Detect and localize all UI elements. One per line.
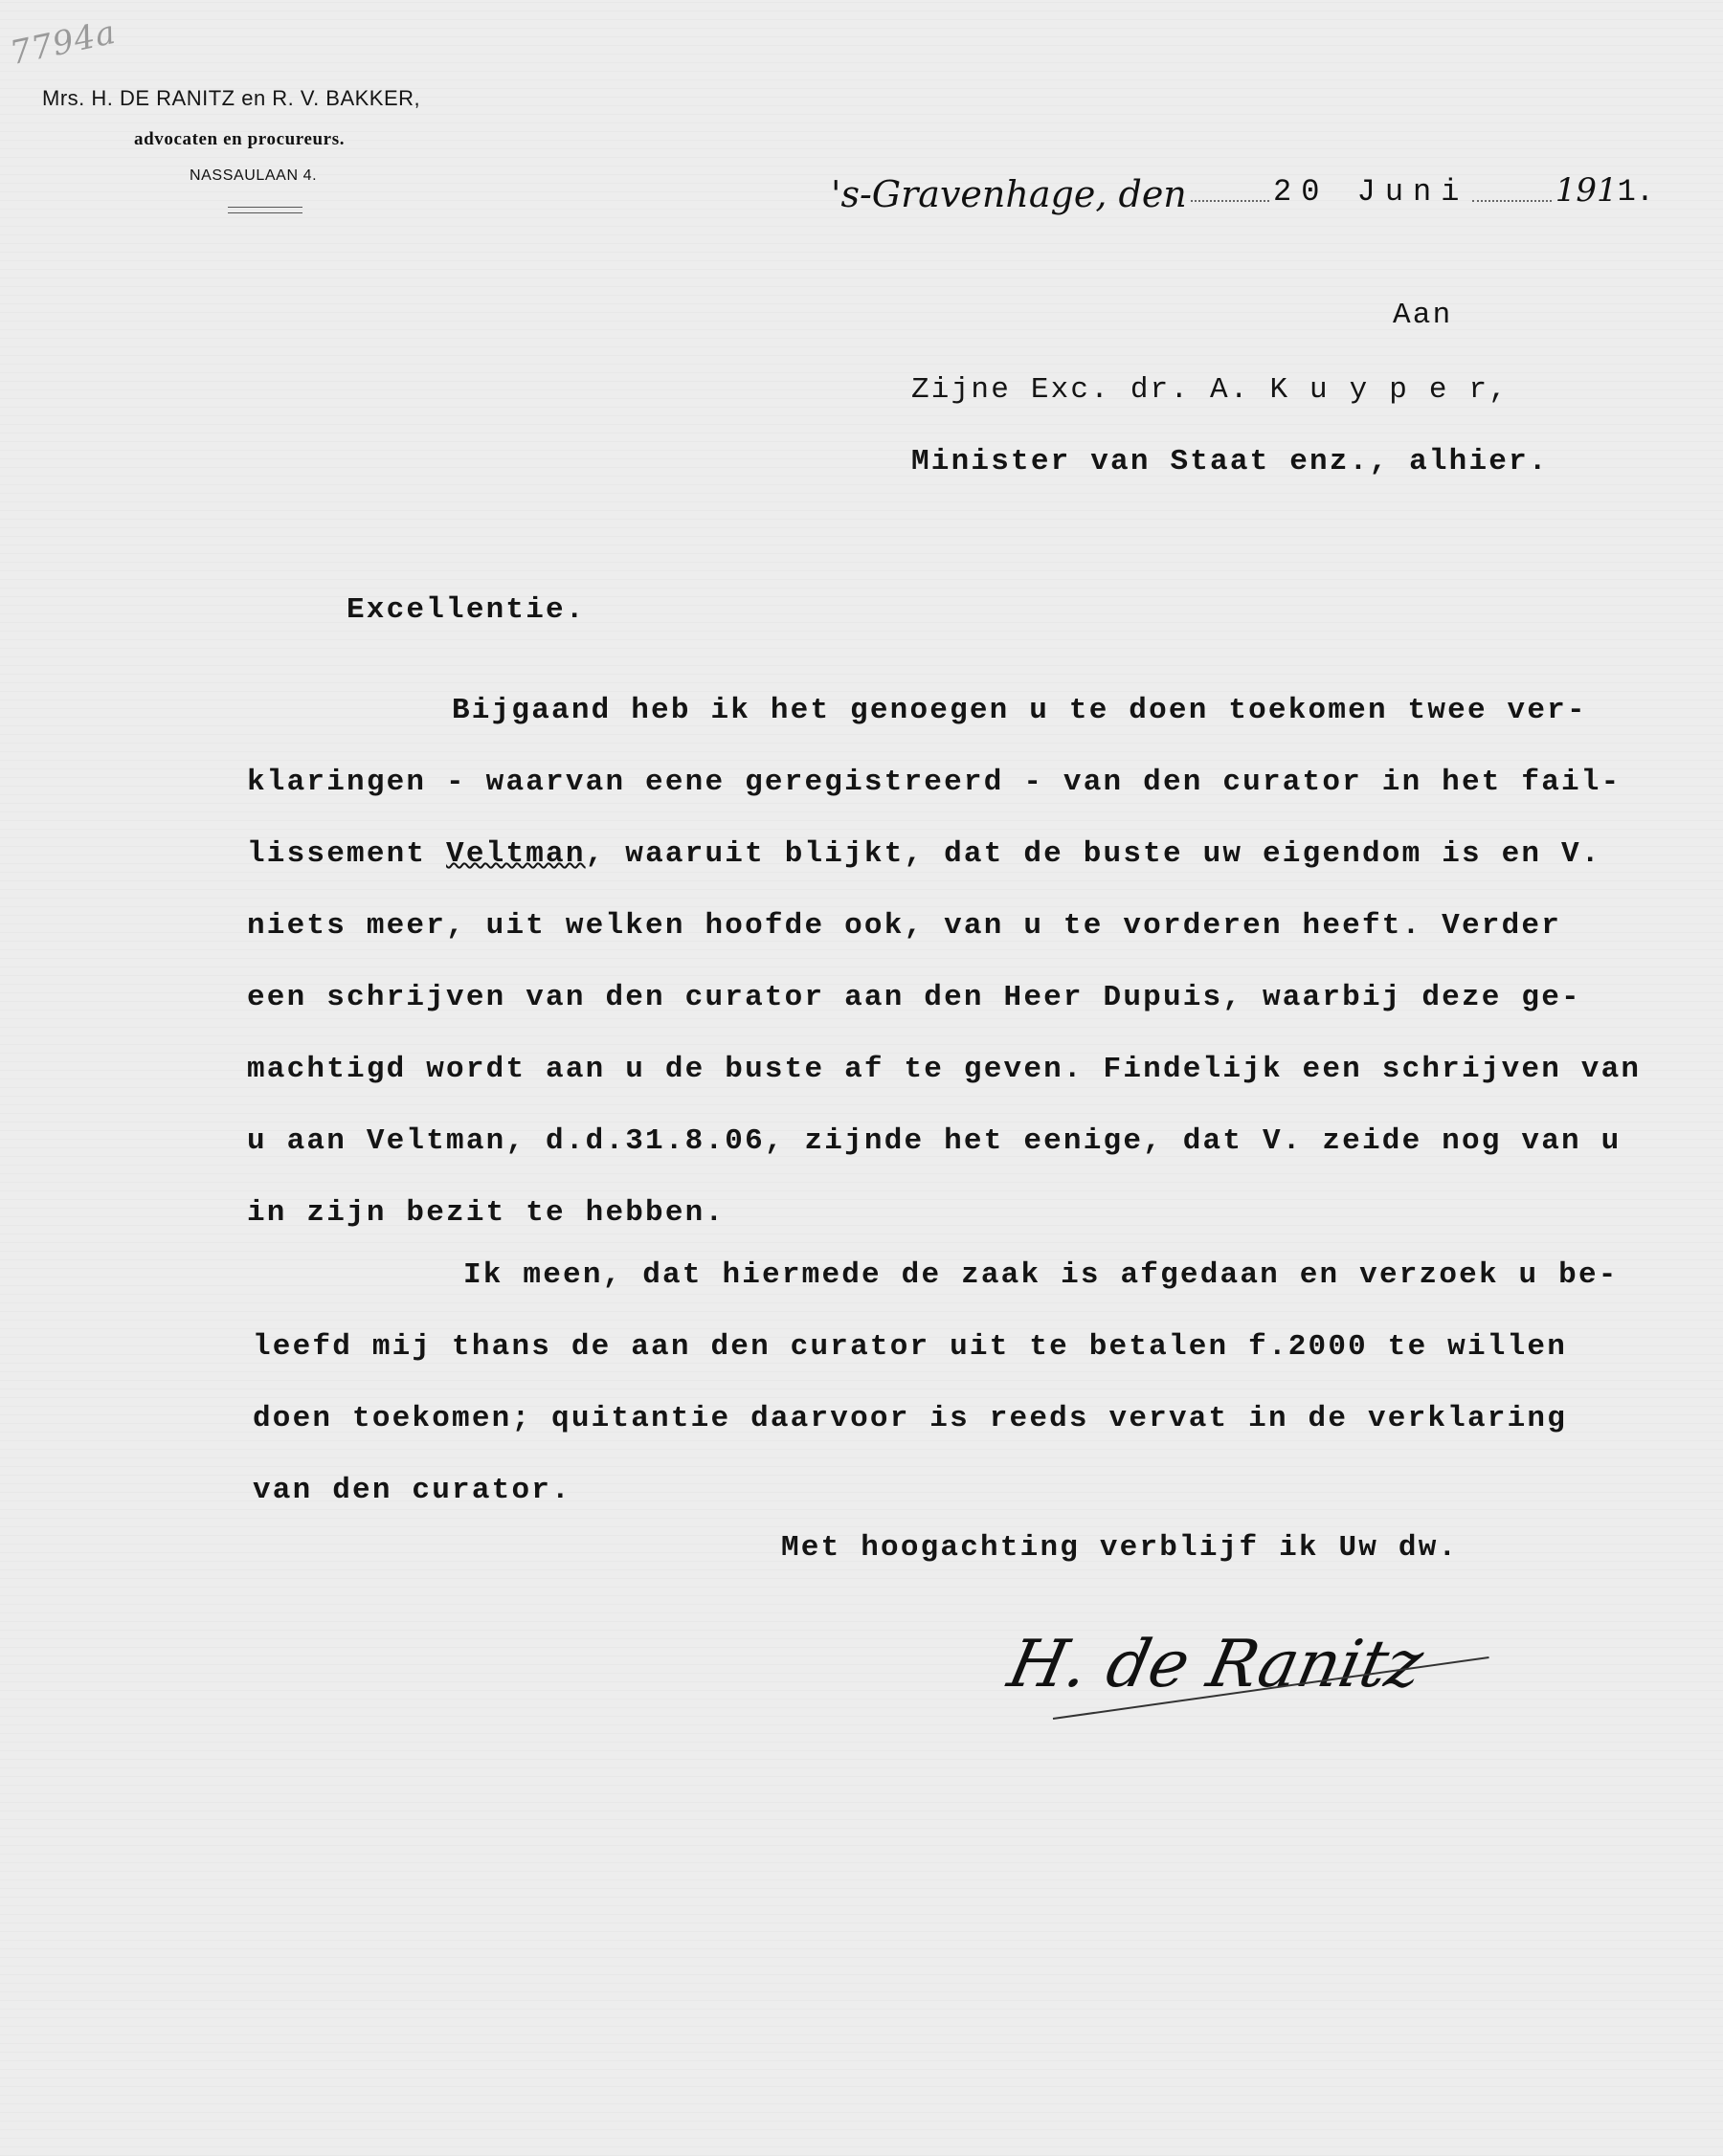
- body-line: u aan Veltman, d.d.31.8.06, zijnde het e…: [247, 1124, 1621, 1158]
- letter-page: 7794a Mrs. H. DE RANITZ en R. V. BAKKER,…: [0, 0, 1723, 2156]
- letterhead-profession: advocaten en procureurs.: [134, 129, 345, 150]
- closing: Met hoogachting verblijf ik Uw dw.: [781, 1531, 1458, 1565]
- body-line: lissement Veltman, waaruit blijkt, dat d…: [247, 837, 1601, 871]
- body-line: klaringen - waarvan eene geregistreerd -…: [247, 766, 1621, 799]
- salutation: Excellentie.: [347, 593, 586, 627]
- archive-pencil-mark: 7794a: [7, 13, 120, 73]
- letterhead-name: Mrs. H. DE RANITZ en R. V. BAKKER,: [42, 86, 420, 111]
- body-text: , waaruit blijkt, dat de buste uw eigend…: [586, 837, 1601, 871]
- body-line: van den curator.: [253, 1474, 571, 1507]
- letterhead-address: NASSAULAAN 4.: [190, 167, 317, 185]
- dateline-place: 's-Gravenhage, den: [831, 173, 1187, 215]
- body-line: niets meer, uit welken hoofde ook, van u…: [247, 909, 1561, 943]
- dotted-fill: [1191, 200, 1269, 202]
- letterhead-double-rule: [228, 207, 302, 213]
- underlined-name-veltman: Veltman: [446, 837, 586, 871]
- dateline-year-printed: 191: [1555, 171, 1618, 210]
- dateline-year-typed: 1.: [1618, 174, 1654, 210]
- body-line: machtigd wordt aan u de buste af te geve…: [247, 1053, 1641, 1086]
- dateline-day-month: 20 Juni: [1273, 174, 1468, 210]
- body-text: lissement: [247, 837, 426, 871]
- body-line: in zijn bezit te hebben.: [247, 1196, 725, 1230]
- dateline: 's-Gravenhage, den 20 Juni 191 1.: [831, 139, 1654, 215]
- addressee-to: Aan: [1393, 299, 1452, 332]
- body-line: leefd mij thans de aan den curator uit t…: [253, 1330, 1567, 1364]
- body-line: Ik meen, dat hiermede de zaak is afgedaa…: [463, 1258, 1619, 1292]
- addressee-line1: Zijne Exc. dr. A. K u y p e r,: [911, 373, 1509, 407]
- addressee-line2: Minister van Staat enz., alhier.: [911, 445, 1549, 478]
- signature-text: H. de Ranitz: [1002, 1627, 1430, 1702]
- signature: H. de Ranitz: [1000, 1617, 1498, 1789]
- dotted-fill: [1472, 200, 1551, 202]
- body-line: doen toekomen; quitantie daarvoor is ree…: [253, 1402, 1567, 1435]
- body-line: een schrijven van den curator aan den He…: [247, 981, 1581, 1014]
- body-line: Bijgaand heb ik het genoegen u te doen t…: [452, 694, 1587, 727]
